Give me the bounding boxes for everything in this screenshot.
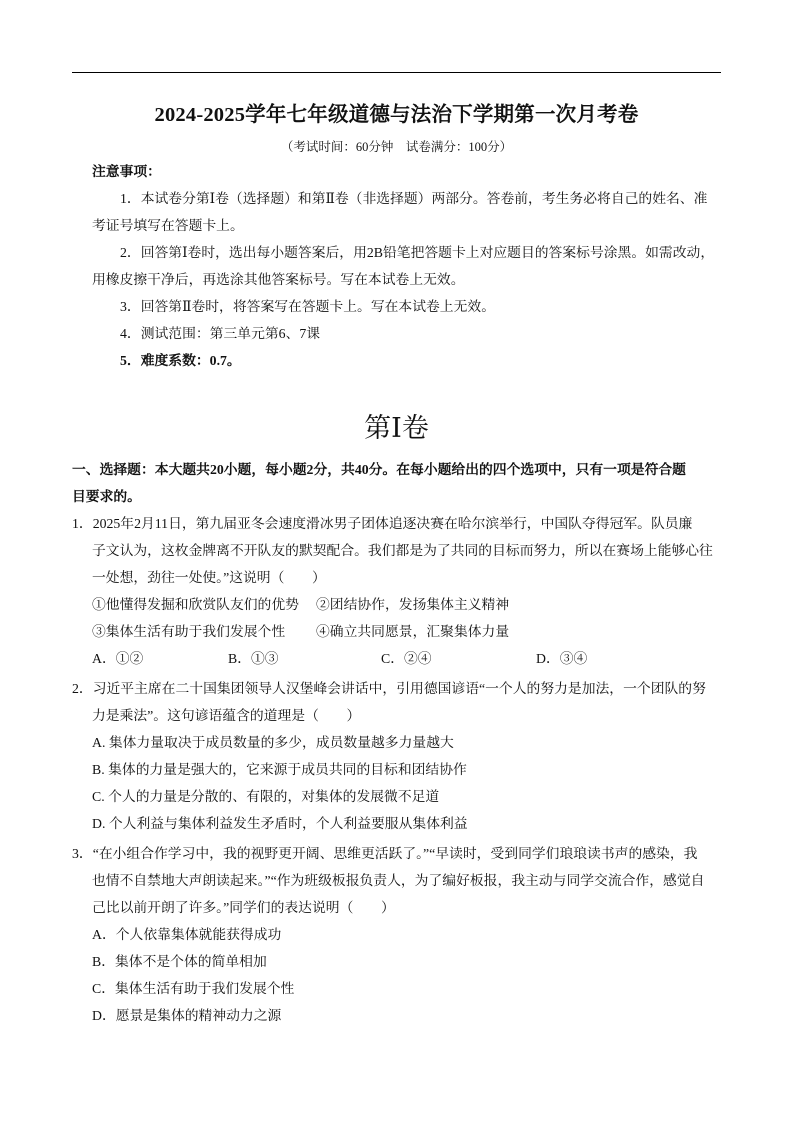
section-instruction-line-2: 目要求的。 <box>72 488 141 506</box>
question-3-stem-line-1: 3．“在小组合作学习中，我的视野更开阔、思维更活跃了。”“早读时，受到同学们琅琅… <box>72 845 697 863</box>
question-2-option-c[interactable]: C. 个人的力量是分散的、有限的，对集体的发展微不足道 <box>92 788 439 806</box>
question-1-option-a[interactable]: A．①② <box>92 650 143 668</box>
question-1-stem-line-2: 子文认为，这枚金牌离不开队友的默契配合。我们都是为了共同的目标而努力，所以在赛场… <box>92 542 713 560</box>
question-3-option-d[interactable]: D．愿景是集体的精神动力之源 <box>92 1007 281 1025</box>
question-1-stem-line-3: 一处想，劲往一处使。”这说明（ ） <box>92 569 326 587</box>
notice-item-5: 5．难度系数：0.7。 <box>120 352 241 370</box>
question-2-stem-line-2: 力是乘法”。这句谚语蕴含的道理是（ ） <box>92 707 360 725</box>
exam-title: 2024-2025学年七年级道德与法治下学期第一次月考卷 <box>0 97 793 127</box>
notice-item-1-line-1: 1．本试卷分第Ⅰ卷（选择题）和第Ⅱ卷（非选择题）两部分。答卷前，考生务必将自己的… <box>120 190 707 208</box>
question-1-stem-line-1: 1．2025年2月11日，第九届亚冬会速度滑冰男子团体追逐决赛在哈尔滨举行，中国… <box>72 515 692 533</box>
header-rule <box>72 72 721 73</box>
notice-item-1-line-2: 考证号填写在答题卡上。 <box>92 217 244 235</box>
notice-heading: 注意事项： <box>92 163 161 181</box>
question-1-option-c[interactable]: C．②④ <box>381 650 432 668</box>
question-3-stem-line-3: 己比以前开朗了许多。”同学们的表达说明（ ） <box>92 899 395 917</box>
question-2-stem-line-1: 2．习近平主席在二十国集团领导人汉堡峰会讲话中，引用德国谚语“一个人的努力是加法… <box>72 680 706 698</box>
exam-subtitle: （考试时间：60分钟 试卷满分：100分） <box>0 137 793 155</box>
question-3-option-b[interactable]: B．集体不是个体的简单相加 <box>92 953 267 971</box>
notice-item-3: 3．回答第Ⅱ卷时，将答案写在答题卡上。写在本试卷上无效。 <box>120 298 495 316</box>
question-1-option-b[interactable]: B．①③ <box>228 650 279 668</box>
question-3-option-c[interactable]: C．集体生活有助于我们发展个性 <box>92 980 294 998</box>
question-1-statement-4: ④确立共同愿景，汇聚集体力量 <box>316 623 509 641</box>
question-2-option-b[interactable]: B. 集体的力量是强大的，它来源于成员共同的目标和团结协作 <box>92 761 467 779</box>
question-2-option-a[interactable]: A. 集体力量取决于成员数量的多少，成员数量越多力量越大 <box>92 734 454 752</box>
question-1-statement-1: ①他懂得发掘和欣赏队友们的优势 <box>92 596 299 614</box>
question-3-stem-line-2: 也情不自禁地大声朗读起来。”“作为班级板报负责人，为了编好板报，我主动与同学交流… <box>92 872 704 890</box>
question-2-option-d[interactable]: D. 个人利益与集体利益发生矛盾时，个人利益要服从集体利益 <box>92 815 468 833</box>
section-instruction-line-1: 一、选择题：本大题共20小题，每小题2分，共40分。在每小题给出的四个选项中，只… <box>72 461 686 479</box>
section-title: 第Ⅰ卷 <box>0 406 793 445</box>
notice-item-2-line-2: 用橡皮擦干净后，再选涂其他答案标号。写在本试卷上无效。 <box>92 271 465 289</box>
question-3-option-a[interactable]: A．个人依靠集体就能获得成功 <box>92 926 281 944</box>
question-1-option-d[interactable]: D．③④ <box>536 650 587 668</box>
question-1-statement-2: ②团结协作，发扬集体主义精神 <box>316 596 509 614</box>
question-1-statement-3: ③集体生活有助于我们发展个性 <box>92 623 285 641</box>
notice-item-2-line-1: 2．回答第Ⅰ卷时，选出每小题答案后，用2B铅笔把答题卡上对应题目的答案标号涂黑。… <box>120 244 714 262</box>
notice-item-4: 4．测试范围：第三单元第6、7课 <box>120 325 320 343</box>
